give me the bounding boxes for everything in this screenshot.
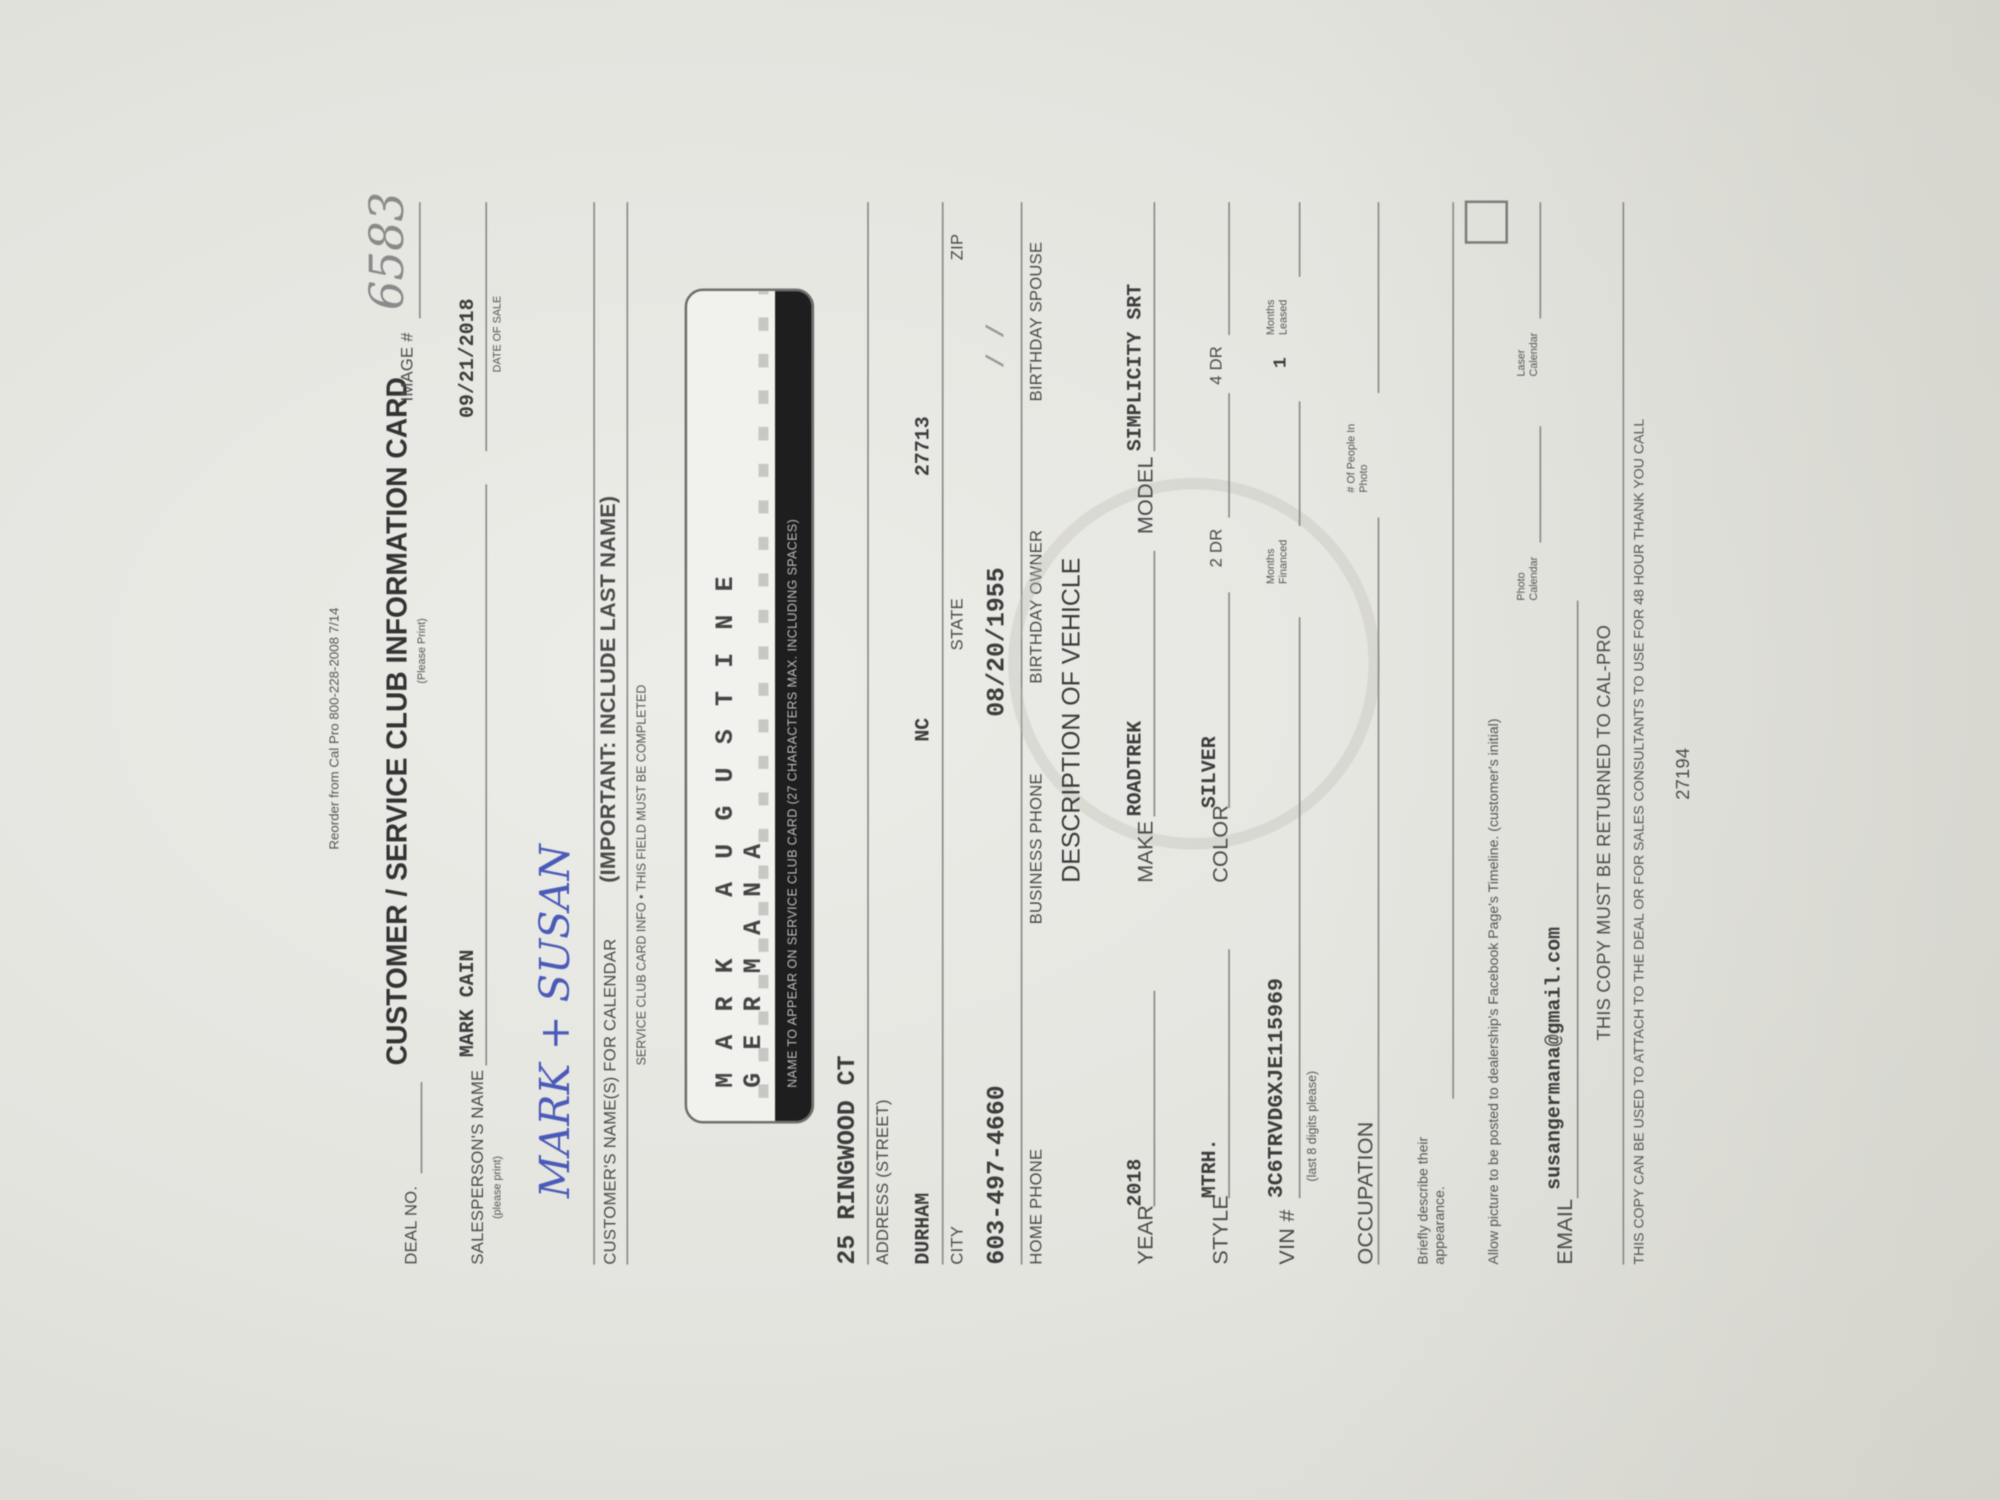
date-of-sale-value[interactable]: 09/21/2018	[457, 298, 479, 418]
image-no-underline	[419, 202, 421, 318]
occupation-field[interactable]	[1378, 518, 1380, 1265]
address-label: ADDRESS (STREET)	[874, 1099, 893, 1264]
two-dr-label: 2 DR	[1208, 529, 1227, 568]
reorder-note: Reorder from Cal Pro 800-228-2008 7/14	[328, 607, 343, 849]
date-of-sale-underline	[485, 202, 487, 451]
months-leased-label: Months Leased	[1264, 277, 1289, 335]
form-title: CUSTOMER / SERVICE CLUB INFORMATION CARD	[382, 377, 414, 1065]
business-phone-label: BUSINESS PHONE	[1027, 773, 1046, 924]
year-label: YEAR	[1133, 1205, 1159, 1265]
address-underline	[867, 202, 869, 1264]
style-underline	[1228, 949, 1230, 1198]
card-name-bar: NAME TO APPEAR ON SERVICE CLUB CARD (27 …	[775, 291, 812, 1121]
facebook-initial-checkbox[interactable]	[1465, 201, 1508, 244]
image-no-label: IMAGE #	[398, 332, 417, 401]
zip-value[interactable]: 27713	[913, 416, 935, 476]
laser-calendar-label: Laser Calendar	[1515, 327, 1540, 377]
birthday-spouse-value[interactable]: / /	[983, 323, 1011, 368]
service-club-card-form: Reorder from Cal Pro 800-228-2008 7/14 D…	[295, 186, 1706, 1315]
return-note: THIS COPY MUST BE RETURNED TO CAL-PRO	[1593, 625, 1615, 1041]
state-value[interactable]: NC	[913, 718, 935, 742]
image-no-value[interactable]: 6583	[361, 192, 415, 310]
style-label: STYLE	[1208, 1195, 1234, 1265]
salesperson-note: (please print)	[490, 1156, 502, 1219]
vin-underline	[1299, 617, 1301, 1198]
salesperson-underline	[485, 484, 487, 1065]
photo-calendar-field[interactable]	[1540, 426, 1542, 542]
character-ticks	[758, 291, 768, 1121]
year-value[interactable]: 2018	[1125, 1159, 1147, 1207]
salesperson-label: SALESPERSON'S NAME	[469, 1070, 488, 1265]
months-leased-underline	[1299, 202, 1301, 277]
attach-note: THIS COPY CAN BE USED TO ATTACH TO THE D…	[1631, 419, 1648, 1265]
facebook-label: Allow picture to be posted to dealership…	[1486, 718, 1503, 1264]
calendar-section-divider	[627, 202, 629, 1264]
months-financed-field[interactable]	[1299, 401, 1301, 526]
appearance-field[interactable]	[1452, 202, 1454, 1098]
people-in-photo-field[interactable]	[1378, 202, 1380, 393]
calendar-names-handwritten[interactable]: MARK + SUSAN	[531, 844, 579, 1198]
deal-no-label: DEAL NO.	[402, 1186, 421, 1265]
photo-calendar-label: Photo Calendar	[1515, 551, 1540, 601]
city-underline	[942, 202, 944, 1264]
two-dr-field[interactable]	[1228, 393, 1230, 517]
year-underline	[1154, 991, 1156, 1207]
home-phone-value[interactable]: 603-497-4660	[983, 1085, 1011, 1264]
calendar-names-label: CUSTOMER'S NAME(S) FOR CALENDAR	[602, 939, 621, 1265]
address-value[interactable]: 25 RINGWOOD CT	[834, 1055, 862, 1264]
model-label: MODEL	[1133, 456, 1159, 534]
four-dr-field[interactable]	[1228, 202, 1230, 335]
calendar-names-important: (IMPORTANT: INCLUDE LAST NAME)	[595, 496, 621, 883]
deal-no-field[interactable]	[421, 1082, 423, 1173]
state-label: STATE	[949, 598, 968, 650]
email-underline	[1577, 601, 1579, 1199]
form-number: 27194	[1672, 748, 1694, 800]
birthday-owner-value[interactable]: 08/20/1955	[983, 567, 1011, 716]
style-value[interactable]: MTRH.	[1199, 1138, 1221, 1198]
service-club-info-label: SERVICE CLUB CARD INFO • THIS FIELD MUST…	[635, 685, 649, 1066]
laser-calendar-field[interactable]	[1540, 202, 1542, 318]
email-label: EMAIL	[1552, 1199, 1578, 1265]
city-label: CITY	[949, 1226, 968, 1265]
salesperson-value[interactable]: MARK CAIN	[457, 950, 479, 1058]
color-value[interactable]: SILVER	[1199, 736, 1221, 808]
months-leased-value[interactable]: 1	[1271, 357, 1292, 368]
birthday-spouse-label: BIRTHDAY SPOUSE	[1027, 242, 1046, 402]
vin-value[interactable]: 3C6TRVDGXJE115969	[1264, 978, 1289, 1198]
occupation-label: OCCUPATION	[1353, 1121, 1379, 1264]
make-label: MAKE	[1133, 821, 1159, 883]
city-value[interactable]: DURHAM	[913, 1193, 935, 1265]
people-in-photo-label: # Of People In Photo	[1344, 393, 1369, 493]
vehicle-section-title: DESCRIPTION OF VEHICLE	[1058, 558, 1086, 883]
make-value[interactable]: ROADTREK	[1125, 721, 1147, 817]
vin-label: VIN #	[1274, 1209, 1300, 1264]
model-underline	[1154, 202, 1156, 451]
color-underline	[1228, 592, 1230, 808]
model-value[interactable]: SIMPLICITY SRT	[1125, 284, 1147, 451]
date-of-sale-label: DATE OF SALE	[490, 296, 502, 373]
zip-label: ZIP	[949, 234, 968, 261]
card-name-box: MARK AUGUSTINE GERMANA NAME TO APPEAR ON…	[685, 289, 814, 1124]
vin-note: (last 8 digits please)	[1305, 1071, 1319, 1182]
make-underline	[1154, 551, 1156, 817]
color-label: COLOR	[1208, 805, 1234, 883]
appearance-label: Briefly describe their appearance.	[1415, 1099, 1448, 1265]
email-value[interactable]: susangermana@gmail.com	[1544, 927, 1566, 1190]
four-dr-label: 4 DR	[1208, 346, 1227, 385]
home-phone-label: HOME PHONE	[1027, 1149, 1046, 1265]
title-note: (Please Print)	[415, 618, 427, 683]
months-financed-label: Months Financed	[1264, 526, 1289, 584]
footer-divider	[1623, 202, 1625, 1264]
